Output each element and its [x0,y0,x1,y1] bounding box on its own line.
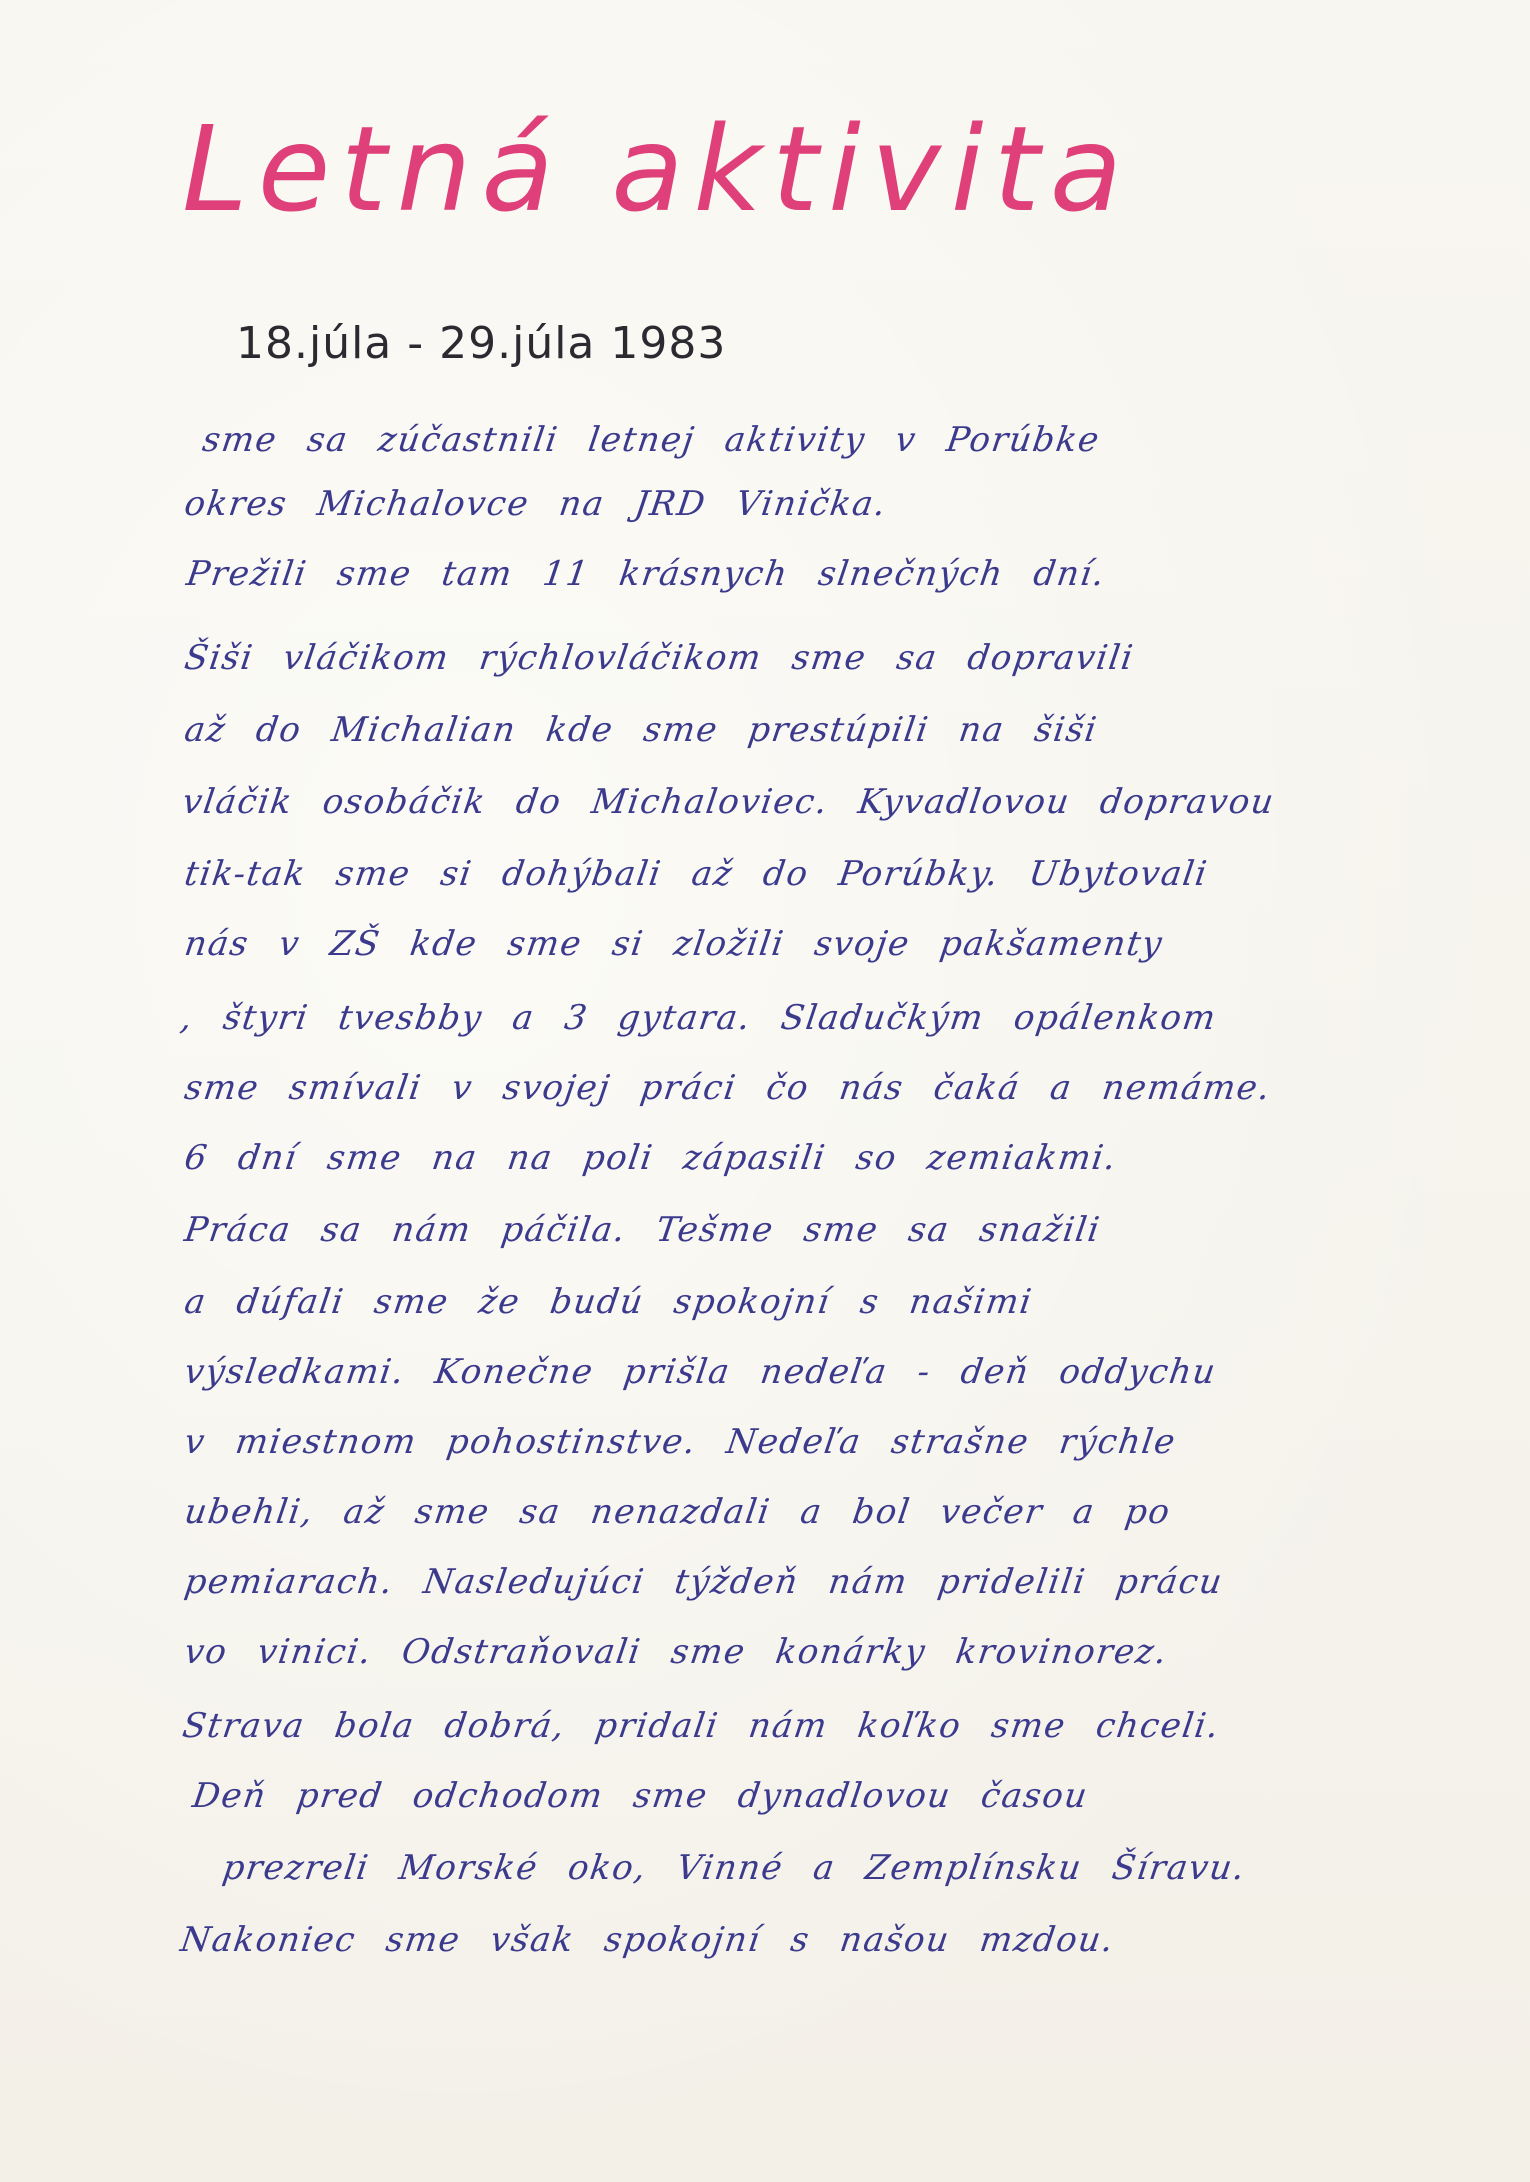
text-line: až do Michalian kde sme prestúpili na ši… [182,710,1100,750]
text-line: sme sa zúčastnili letnej aktivity v Porú… [200,420,1103,460]
text-line: okres Michalovce na JRD Vinička. [182,484,889,524]
text-line: pemiarach. Nasledujúci týždeň nám pridel… [182,1562,1226,1602]
text-line: v miestnom pohostinstve. Nedeľa strašne … [182,1422,1179,1462]
text-line: tik-tak sme si dohýbali až do Porúbky. U… [182,854,1210,894]
text-line: výsledkami. Konečne prišla nedeľa - deň … [182,1352,1219,1392]
text-line: a dúfali sme že budú spokojní s našimi [182,1282,1035,1322]
text-line: vláčik osobáčik do Michaloviec. Kyvadlov… [180,782,1277,822]
text-line: Nakoniec sme však spokojní s našou mzdou… [178,1920,1117,1960]
text-line: , štyri tvesbby a 3 gytara. Sladučkým op… [178,998,1219,1038]
text-line: Šiši vláčikom rýchlovláčikom sme sa dopr… [182,638,1136,678]
page-title: Letná aktivita [182,110,1132,228]
text-line: Strava bola dobrá, pridali nám koľko sme… [180,1706,1222,1746]
text-line: ubehli, až sme sa nenazdali a bol večer … [182,1492,1173,1532]
text-line: Deň pred odchodom sme dynadlovou časou [190,1776,1091,1816]
text-line: Prežili sme tam 11 krásnych slnečných dn… [184,554,1108,594]
text-line: Práca sa nám páčila. Tešme sme sa snažil… [182,1210,1103,1250]
text-line: vo vinici. Odstraňovali sme konárky krov… [182,1632,1170,1672]
text-line: nás v ZŠ kde sme si zložili svoje pakšam… [182,924,1166,964]
date-range: 18.júla - 29.júla 1983 [236,318,726,369]
scanned-page: Letná aktivita 18.júla - 29.júla 1983 sm… [0,0,1530,2182]
text-line: prezreli Morské oko, Vinné a Zemplínsku … [220,1848,1248,1888]
text-line: 6 dní sme na na poli zápasili so zemiakm… [182,1138,1120,1178]
text-line: sme smívali v svojej práci čo nás čaká a… [182,1068,1274,1108]
